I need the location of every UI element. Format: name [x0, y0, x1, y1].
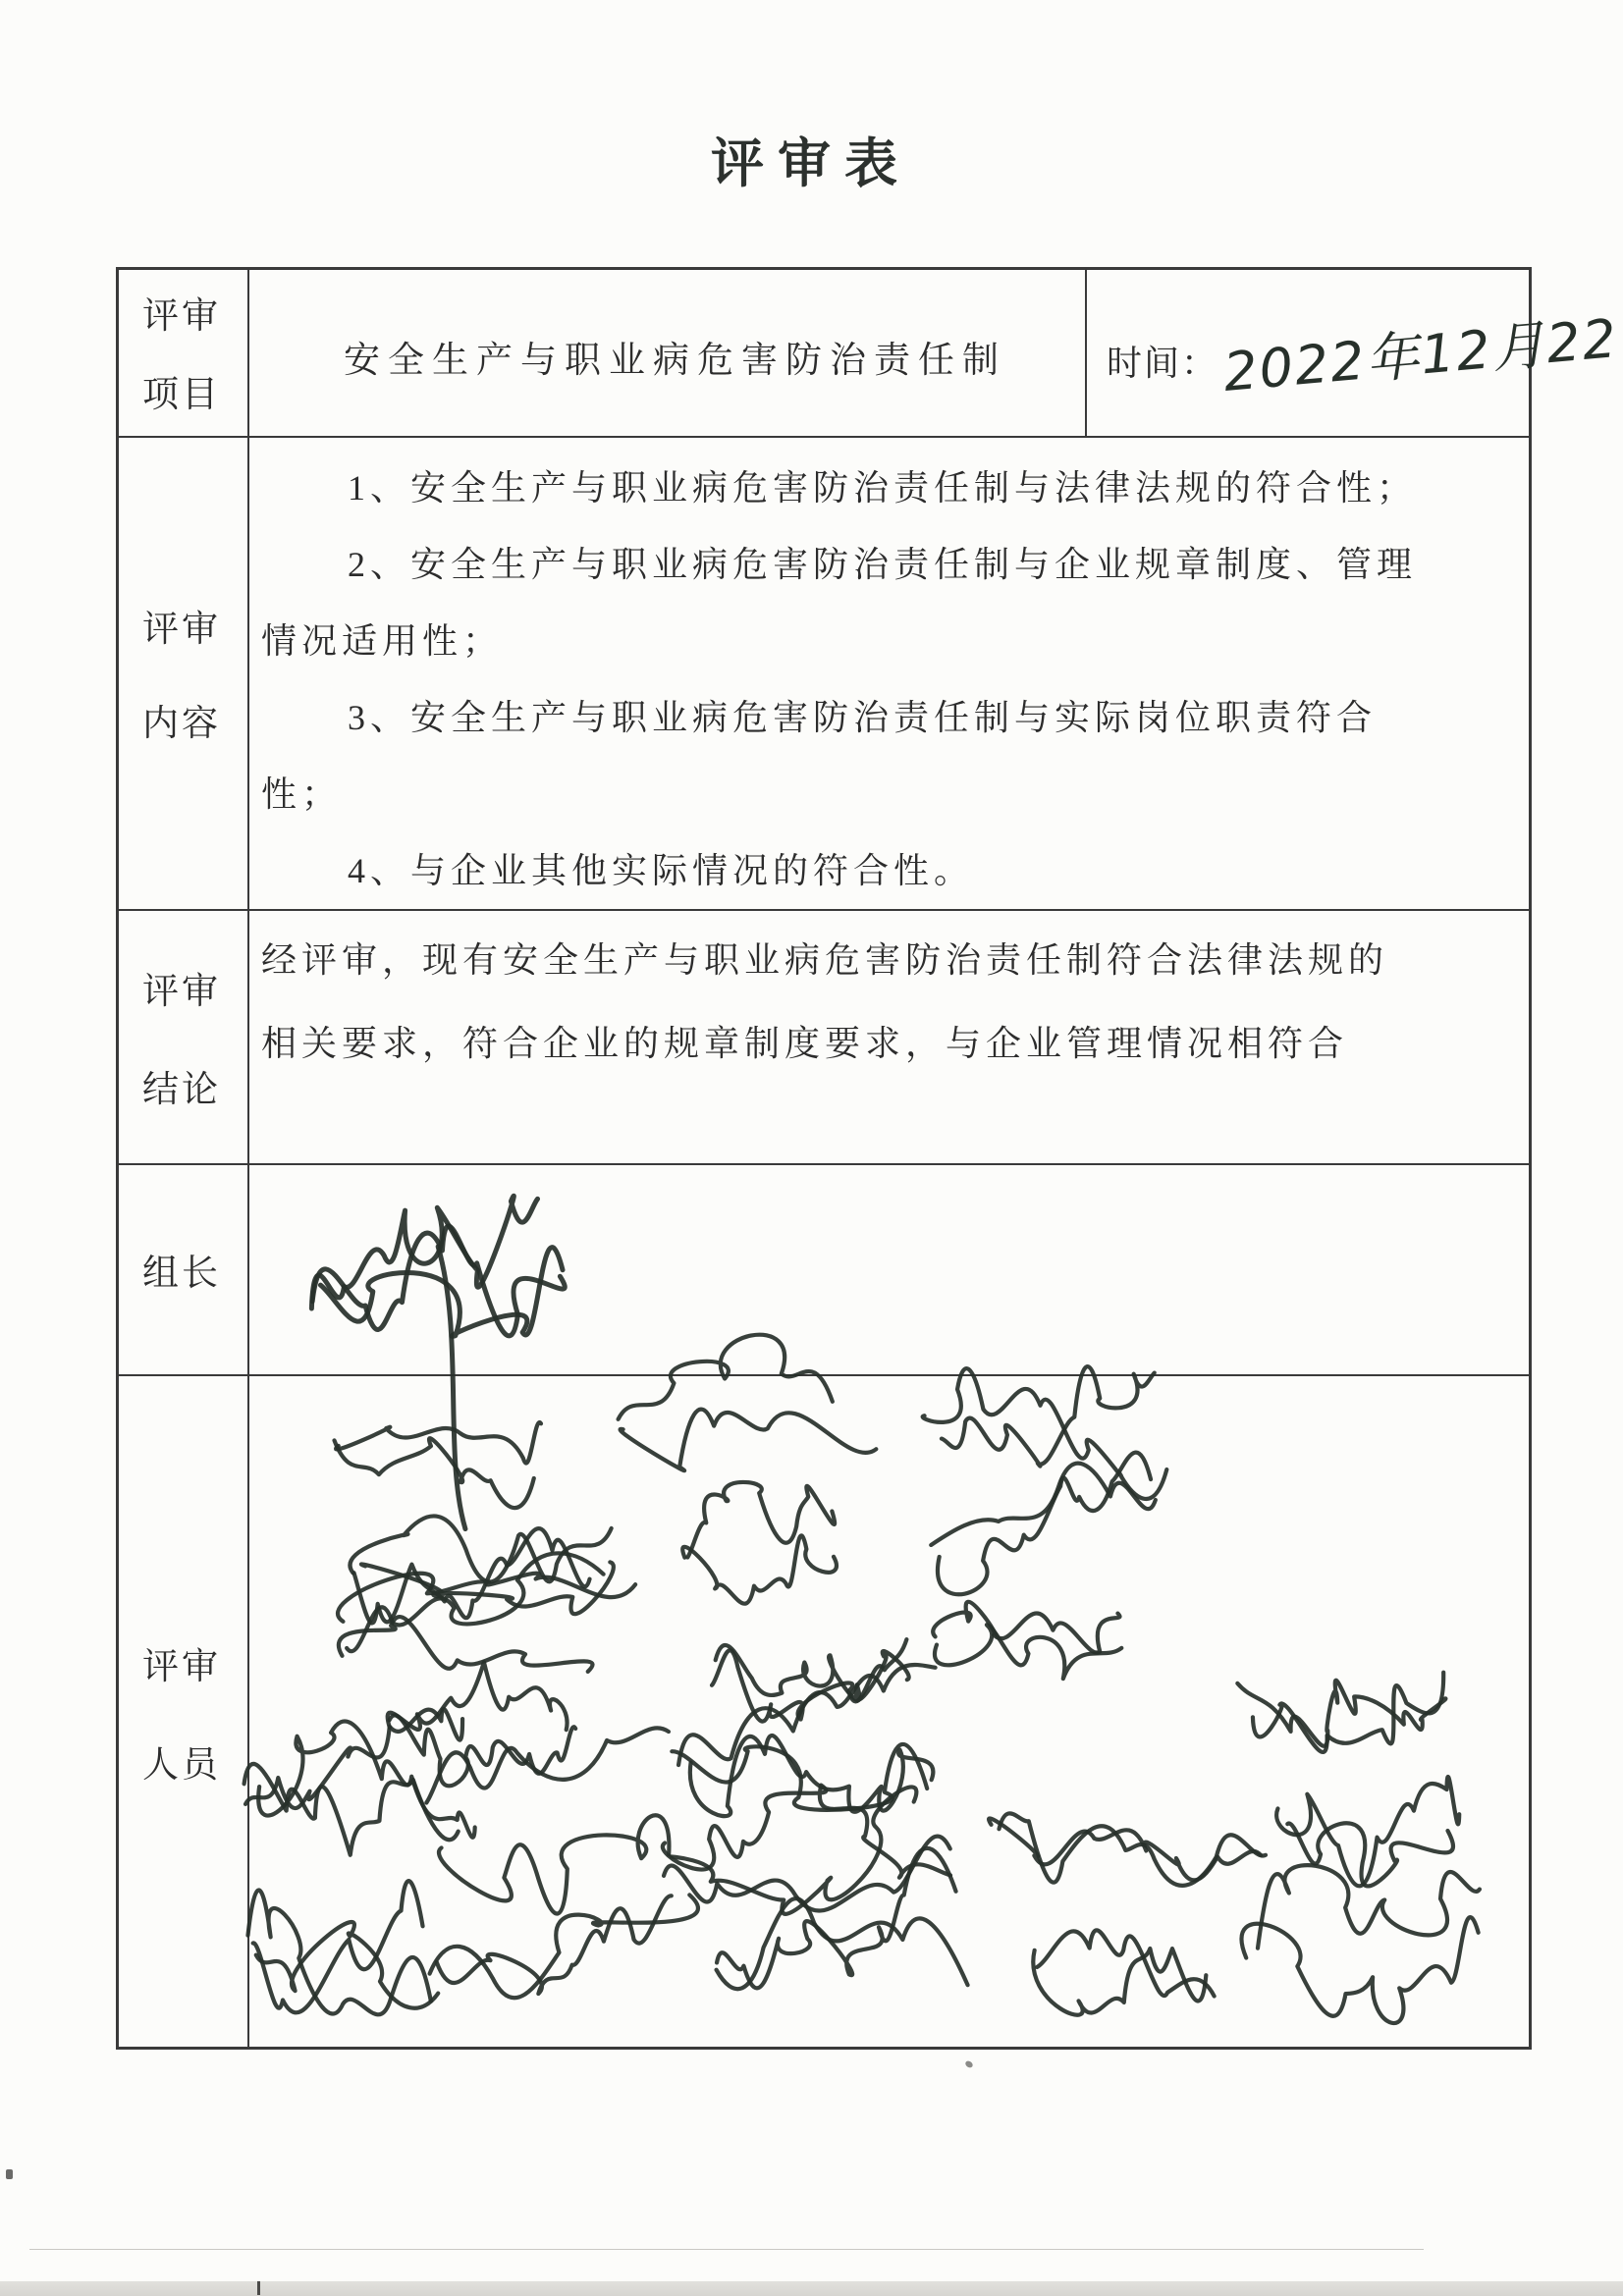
table-row-divider: [116, 1163, 1532, 1165]
text-line: 性；: [261, 753, 1518, 829]
scan-edge-band: [0, 2281, 1623, 2296]
label-line: 内容: [142, 693, 221, 746]
time-label: 时间：: [1107, 336, 1218, 386]
row-label-reviewers: 评审 人员: [116, 1374, 247, 2050]
text-line: 3、安全生产与职业病危害防治责任制与实际岗位职责符合: [261, 676, 1518, 753]
label-line: 人员: [142, 1735, 221, 1788]
text-line: 4、与企业其他实际情况的符合性。: [261, 829, 1518, 906]
scan-hairline: [29, 2249, 1424, 2250]
label-line: 评审: [142, 961, 221, 1014]
scan-speck: [964, 2059, 974, 2069]
label-line: 项目: [142, 364, 221, 417]
label-line: 评审: [142, 599, 221, 652]
scan-speck: [6, 2169, 13, 2179]
label-line: 结论: [142, 1059, 221, 1112]
row-label-group-leader: 组长: [116, 1163, 247, 1374]
scan-speck: [257, 2281, 260, 2295]
row-label-review-content: 评审 内容: [116, 436, 247, 909]
text-line: 情况适用性；: [261, 600, 1518, 676]
review-content-text: 1、安全生产与职业病危害防治责任制与法律法规的符合性；2、安全生产与职业病危害防…: [261, 447, 1518, 906]
row-label-review-item: 评审 项目: [116, 267, 247, 436]
table-row-divider: [116, 1374, 1532, 1376]
row-label-review-conclusion: 评审 结论: [116, 909, 247, 1163]
table-row-divider: [116, 436, 1532, 438]
review-conclusion-text: 经评审，现有安全生产与职业病危害防治责任制符合法律法规的相关要求，符合企业的规章…: [261, 916, 1518, 1083]
label-line: 评审: [142, 1636, 221, 1689]
label-line: 组长: [142, 1243, 221, 1296]
text-line: 相关要求，符合企业的规章制度要求，与企业管理情况相符合: [261, 999, 1518, 1083]
text-line: 2、安全生产与职业病危害防治责任制与企业规章制度、管理: [261, 523, 1518, 600]
table-row-divider: [116, 909, 1532, 911]
label-line: 评审: [142, 286, 221, 339]
text-line: 1、安全生产与职业病危害防治责任制与法律法规的符合性；: [261, 447, 1518, 523]
table-column-divider: [247, 267, 249, 2050]
review-item-value: 安全生产与职业病危害防治责任制: [344, 330, 1090, 383]
scanned-review-form: 评审表 评审 项目 安全生产与职业病危害防治责任制 时间： 评审 内容 1、安全…: [0, 0, 1623, 2296]
page-title: 评审表: [566, 122, 1056, 192]
text-line: 经评审，现有安全生产与职业病危害防治责任制符合法律法规的: [261, 916, 1518, 999]
